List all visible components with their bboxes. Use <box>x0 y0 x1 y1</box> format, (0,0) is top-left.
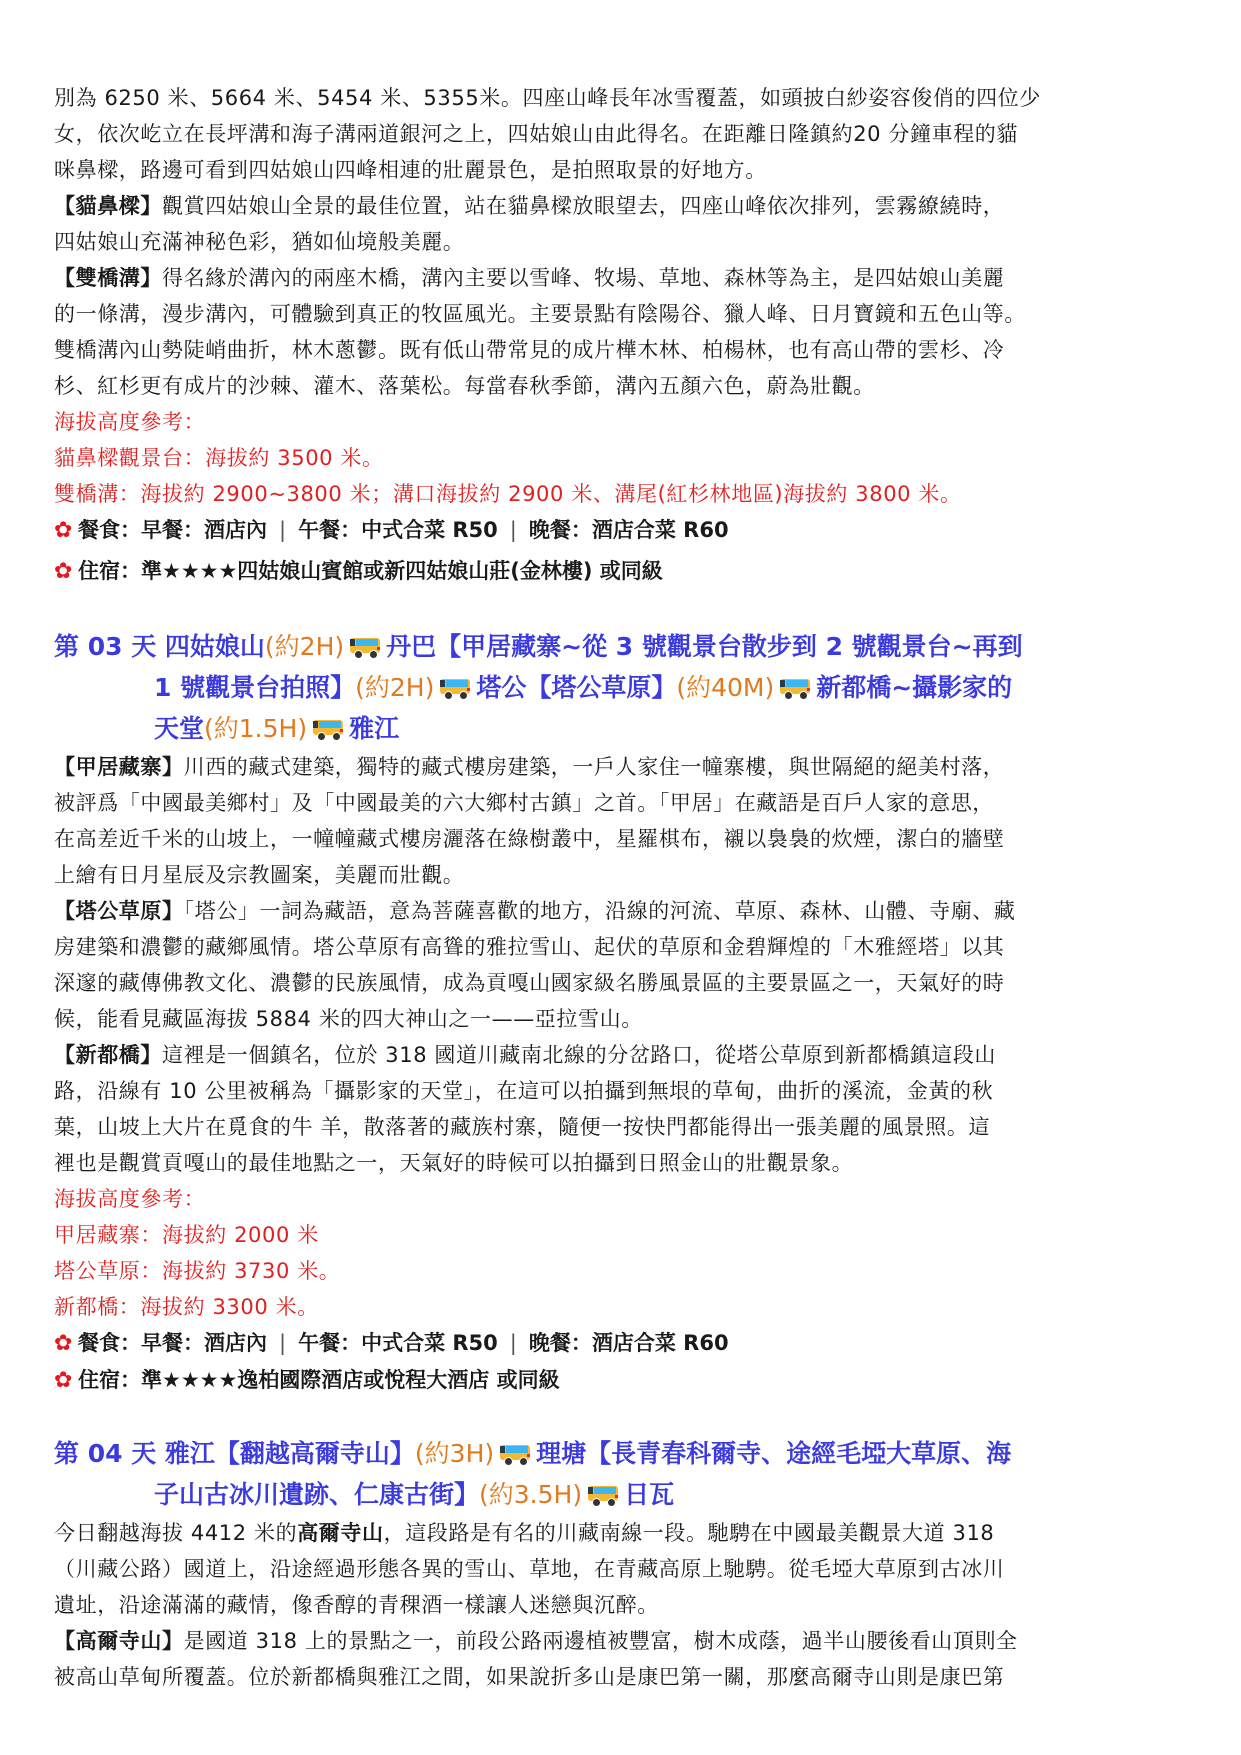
separator: | <box>510 518 517 542</box>
altitude-item: 貓鼻樑觀景台：海拔約 3500 米。 <box>54 440 1194 476</box>
itinerary-page: 別為 6250 米、5664 米、5454 米、5355米。四座山峰長年冰雪覆蓋… <box>54 80 1194 1695</box>
attraction-text: 雙橋溝內山勢陡峭曲折，林木蔥鬱。既有低山帶常見的成片樺木林、柏楊林，也有高山帶的… <box>54 332 1194 368</box>
attraction-shuangqiaogou: 【雙橋溝】得名緣於溝內的兩座木橋，溝內主要以雪峰、牧場、草地、森林等為主，是四姑… <box>54 260 1194 296</box>
duration: (約3.5H) <box>479 1480 582 1509</box>
attraction-text: 候，能看見藏區海拔 5884 米的四大神山之一——亞拉雪山。 <box>54 1001 1194 1037</box>
attraction-text: 深邃的藏傳佛教文化、濃鬱的民族風情，成為貢嘎山國家級名勝風景區的主要景區之一，天… <box>54 965 1194 1001</box>
altitude-item: 新都橋：海拔約 3300 米。 <box>54 1289 1194 1325</box>
hotel-row: ✿住宿：準★★★★四姑娘山賓館或新四姑娘山莊(金林樓) 或同級 <box>54 553 1194 590</box>
attraction-title: 【塔公草原】 <box>54 899 184 923</box>
attraction-text: 被高山草甸所覆蓋。位於新都橋與雅江之間，如果說折多山是康巴第一關，那麼高爾寺山則… <box>54 1659 1194 1695</box>
attraction-maobiliang: 【貓鼻樑】觀賞四姑娘山全景的最佳位置，站在貓鼻樑放眼望去，四座山峰依次排列，雲霧… <box>54 188 1194 224</box>
attraction-title: 【高爾寺山】 <box>54 1629 184 1653</box>
bus-icon <box>780 677 810 699</box>
meals-row: ✿餐食：早餐：酒店內|午餐：中式合菜 R50|晚餐：酒店合菜 R60 <box>54 1325 1194 1362</box>
attraction-text: 四姑娘山充滿神秘色彩，猶如仙境般美麗。 <box>54 224 1194 260</box>
bus-icon <box>440 677 470 699</box>
day-heading-line: 第 03 天 四姑娘山(約2H)丹巴【甲居藏寨~從 3 號觀景台散步到 2 號觀… <box>54 626 1194 667</box>
intro-line: （川藏公路）國道上，沿途經過形態各異的雪山、草地，在青藏高原上馳騁。從毛埡大草原… <box>54 1551 1194 1587</box>
altitude-item: 雙橋溝：海拔約 2900~3800 米；溝口海拔約 2900 米、溝尾(紅杉林地… <box>54 476 1194 512</box>
attraction-text: 的一條溝，漫步溝內，可體驗到真正的牧區風光。主要景點有陰陽谷、獵人峰、日月寶鏡和… <box>54 296 1194 332</box>
attraction-text: 上繪有日月星辰及宗教圖案，美麗而壯觀。 <box>54 857 1194 893</box>
altitude-item: 塔公草原：海拔約 3730 米。 <box>54 1253 1194 1289</box>
attraction-text: 被評爲「中國最美鄉村」及「中國最美的六大鄉村古鎮」之首。「甲居」在藏語是百戶人家… <box>54 785 1194 821</box>
separator: | <box>510 1331 517 1355</box>
day-heading-line: 第 04 天 雅江【翻越高爾寺山】(約3H)理塘【長青春科爾寺、途經毛埡大草原、… <box>54 1433 1194 1474</box>
intro-line: 別為 6250 米、5664 米、5454 米、5355米。四座山峰長年冰雪覆蓋… <box>54 80 1194 116</box>
day-heading-line: 子山古冰川遺跡、仁康古街】(約3.5H)日瓦 <box>54 1474 1194 1515</box>
hotel-row: ✿住宿：準★★★★逸柏國際酒店或悅程大酒店 或同級 <box>54 1362 1194 1399</box>
flower-icon: ✿ <box>54 513 78 549</box>
bus-icon <box>350 636 380 658</box>
attraction-title: 【新都橋】 <box>54 1043 162 1067</box>
bus-icon <box>588 1484 618 1506</box>
attraction-text: 路，沿線有 10 公里被稱為「攝影家的天堂」，在這可以拍攝到無垠的草甸，曲折的溪… <box>54 1073 1194 1109</box>
attraction-title: 【甲居藏寨】 <box>54 755 184 779</box>
attraction-jiaju: 【甲居藏寨】川西的藏式建築，獨特的藏式樓房建築，一戶人家住一幢寨樓，與世隔絕的絕… <box>54 749 1194 785</box>
attraction-text: 在高差近千米的山坡上，一幢幢藏式樓房灑落在綠樹叢中，星羅棋布，襯以裊裊的炊煙，潔… <box>54 821 1194 857</box>
altitude-item: 甲居藏寨：海拔約 2000 米 <box>54 1217 1194 1253</box>
duration: (約2H) <box>355 673 434 702</box>
duration: (約1.5H) <box>204 714 307 743</box>
attraction-gaoersi: 【高爾寺山】是國道 318 上的景點之一，前段公路兩邊植被豐富，樹木成蔭，過半山… <box>54 1623 1194 1659</box>
flower-icon: ✿ <box>54 1326 78 1362</box>
duration: (約2H) <box>265 632 344 661</box>
altitude-heading: 海拔高度參考： <box>54 1181 1194 1217</box>
attraction-text: 杉、紅杉更有成片的沙棘、灌木、落葉松。每當春秋季節，溝內五顏六色，蔚為壯觀。 <box>54 368 1194 404</box>
day-heading-line: 1 號觀景台拍照】(約2H)塔公【塔公草原】(約40M)新都橋~攝影家的 <box>54 667 1194 708</box>
flower-icon: ✿ <box>54 554 78 590</box>
intro-line: 今日翻越海拔 4412 米的高爾寺山，這段路是有名的川藏南線一段。馳騁在中國最美… <box>54 1515 1194 1551</box>
altitude-heading: 海拔高度參考： <box>54 404 1194 440</box>
intro-line: 遺址，沿途滿滿的藏情，像香醇的青稞酒一樣讓人迷戀與沉醉。 <box>54 1587 1194 1623</box>
attraction-title: 【雙橋溝】 <box>54 266 162 290</box>
intro-line: 女，依次屹立在長坪溝和海子溝兩道銀河之上，四姑娘山由此得名。在距離日隆鎮約20 … <box>54 116 1194 152</box>
attraction-text: 葉，山坡上大片在覓食的牛 羊，散落著的藏族村寨，隨便一按快門都能得出一張美麗的風… <box>54 1109 1194 1145</box>
attraction-xinduqiao: 【新都橋】這裡是一個鎮名，位於 318 國道川藏南北線的分岔路口，從塔公草原到新… <box>54 1037 1194 1073</box>
attraction-title: 【貓鼻樑】 <box>54 194 162 218</box>
attraction-tagong: 【塔公草原】「塔公」一詞為藏語，意為菩薩喜歡的地方，沿線的河流、草原、森林、山體… <box>54 893 1194 929</box>
duration: (約40M) <box>676 673 774 702</box>
separator: | <box>279 518 286 542</box>
meals-row: ✿餐食：早餐：酒店內|午餐：中式合菜 R50|晚餐：酒店合菜 R60 <box>54 512 1194 549</box>
intro-line: 咪鼻樑，路邊可看到四姑娘山四峰相連的壯麗景色，是拍照取景的好地方。 <box>54 152 1194 188</box>
attraction-text: 房建築和濃鬱的藏鄉風情。塔公草原有高聳的雅拉雪山、起伏的草原和金碧輝煌的「木雅經… <box>54 929 1194 965</box>
bus-icon <box>313 718 343 740</box>
duration: (約3H) <box>415 1439 494 1468</box>
bus-icon <box>500 1443 530 1465</box>
day-heading-line: 天堂(約1.5H)雅江 <box>54 708 1194 749</box>
flower-icon: ✿ <box>54 1363 78 1399</box>
separator: | <box>279 1331 286 1355</box>
attraction-text: 裡也是觀賞貢嘎山的最佳地點之一，天氣好的時候可以拍攝到日照金山的壯觀景象。 <box>54 1145 1194 1181</box>
